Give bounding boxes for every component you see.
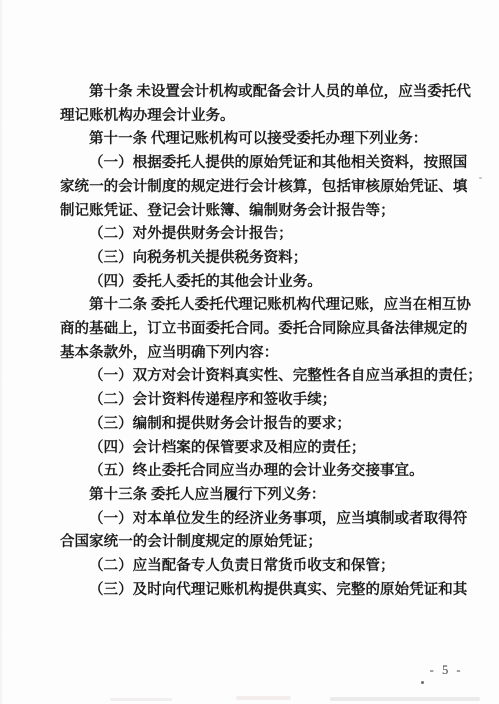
text-line: 第十一条 代理记账机构可以接受委托办理下列业务：	[60, 128, 468, 152]
text-line: （三）向税务机关提供税务资料；	[60, 247, 468, 271]
scan-speck	[421, 681, 424, 684]
text-line: 第十二条 委托人委托代理记账机构代理记账，应当在相互协	[60, 294, 468, 318]
text-line: （二）对外提供财务会计报告；	[60, 223, 468, 247]
text-line: 商的基础上，订立书面委托合同。委托合同除应具备法律规定的	[60, 318, 468, 342]
scanned-document-page: 第十条 未设置会计机构或配备会计人员的单位，应当委托代理记账机构办理会计业务。第…	[0, 0, 499, 704]
text-line: （五）终止委托合同应当办理的会计业务交接事宜。	[60, 460, 468, 484]
scan-smudge	[110, 698, 172, 701]
text-line: （一）根据委托人提供的原始凭证和其他相关资料，按照国	[60, 152, 468, 176]
text-line: （一）双方对会计资料真实性、完整性各自应当承担的责任；	[60, 365, 468, 389]
scan-speck	[479, 177, 482, 179]
text-line: 基本条款外，应当明确下列内容：	[60, 342, 468, 366]
page-number: - 5 -	[430, 663, 463, 678]
text-line: 理记账机构办理会计业务。	[60, 105, 468, 129]
scan-smudge	[330, 697, 480, 701]
text-line: （四）会计档案的保管要求及相应的责任；	[60, 437, 468, 461]
scan-smudge	[236, 696, 291, 700]
text-line: 合国家统一的会计制度规定的原始凭证；	[60, 531, 468, 555]
document-body: 第十条 未设置会计机构或配备会计人员的单位，应当委托代理记账机构办理会计业务。第…	[60, 81, 468, 602]
scan-edge-shadow	[0, 0, 3, 704]
text-line: 家统一的会计制度的规定进行会计核算，包括审核原始凭证、填	[60, 176, 468, 200]
text-line: 制记账凭证、登记会计账簿、编制财务会计报告等；	[60, 200, 468, 224]
text-line: （二）应当配备专人负责日常货币收支和保管；	[60, 555, 468, 579]
text-line: 第十条 未设置会计机构或配备会计人员的单位，应当委托代	[60, 81, 468, 105]
text-line: 第十三条 委托人应当履行下列义务：	[60, 484, 468, 508]
text-line: （三）编制和提供财务会计报告的要求；	[60, 413, 468, 437]
text-line: （一）对本单位发生的经济业务事项，应当填制或者取得符	[60, 508, 468, 532]
text-line: （三）及时向代理记账机构提供真实、完整的原始凭证和其	[60, 579, 468, 603]
text-line: （二）会计资料传递程序和签收手续；	[60, 389, 468, 413]
text-line: （四）委托人委托的其他会计业务。	[60, 271, 468, 295]
